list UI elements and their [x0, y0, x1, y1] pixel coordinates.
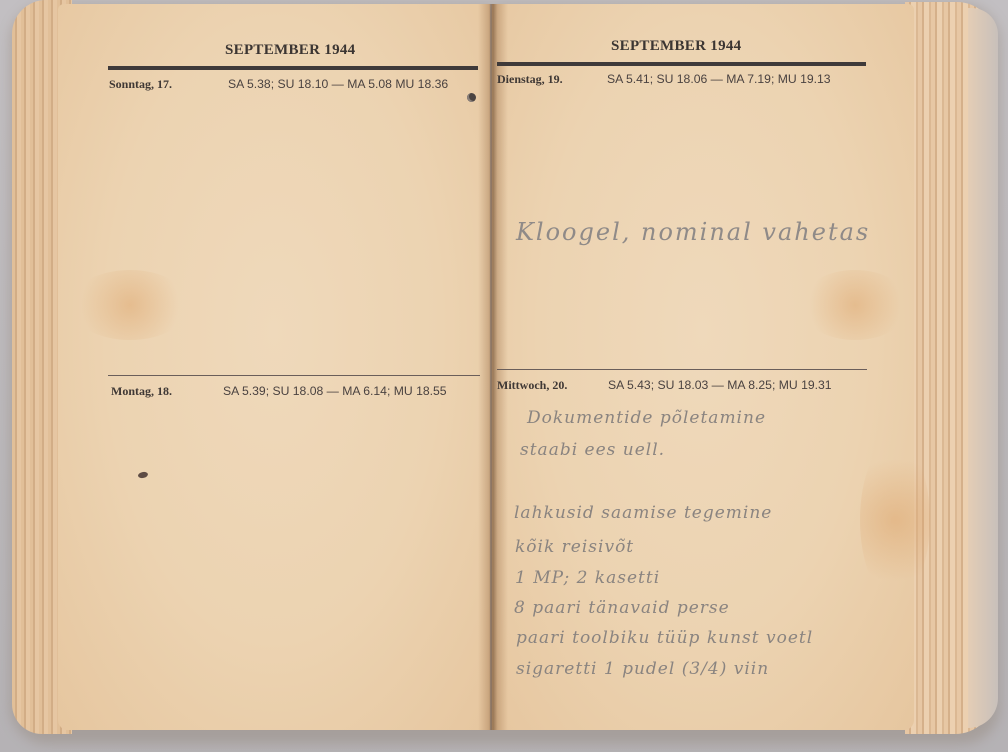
- handwritten-note: Kloogel, nominal vahetas: [516, 218, 870, 246]
- left-header-rule: [108, 66, 478, 70]
- handwritten-note: paari toolbiku tüüp kunst voetl: [516, 628, 813, 648]
- astro-times-monday: SA 5.39; SU 18.08 — MA 6.14; MU 18.55: [223, 384, 447, 398]
- day-label-wednesday: Mittwoch, 20.: [497, 378, 567, 393]
- page-block-right-fade: [968, 8, 998, 728]
- handwritten-note: 1 MP; 2 kasetti: [515, 568, 660, 588]
- handwritten-note: sigaretti 1 pudel (3/4) viin: [516, 659, 769, 679]
- astro-times-wednesday: SA 5.43; SU 18.03 — MA 8.25; MU 19.31: [608, 378, 832, 392]
- paper-stain: [800, 270, 910, 340]
- handwritten-note: kõik reisivõt: [515, 537, 634, 557]
- book-gutter: [478, 4, 508, 730]
- astro-times-tuesday: SA 5.41; SU 18.06 — MA 7.19; MU 19.13: [607, 72, 831, 86]
- day-divider-left: [108, 375, 480, 376]
- full-moon-icon: [467, 93, 476, 102]
- left-page: [58, 4, 490, 730]
- day-label-sunday: Sonntag, 17.: [109, 77, 172, 92]
- paper-stain: [860, 440, 930, 600]
- handwritten-note: staabi ees uell.: [520, 440, 665, 460]
- right-page: [492, 4, 914, 730]
- right-month-title: SEPTEMBER 1944: [611, 38, 741, 55]
- handwritten-note: Dokumentide põletamine: [527, 408, 766, 428]
- left-month-title: SEPTEMBER 1944: [225, 42, 355, 59]
- right-header-rule: [497, 62, 866, 66]
- day-divider-right: [497, 369, 867, 370]
- handwritten-note: lahkusid saamise tegemine: [514, 503, 772, 523]
- astro-times-sunday: SA 5.38; SU 18.10 — MA 5.08 MU 18.36: [228, 77, 448, 91]
- day-label-tuesday: Dienstag, 19.: [497, 72, 563, 87]
- paper-stain: [70, 270, 190, 340]
- handwritten-note: 8 paari tänavaid perse: [514, 598, 730, 618]
- day-label-monday: Montag, 18.: [111, 384, 172, 399]
